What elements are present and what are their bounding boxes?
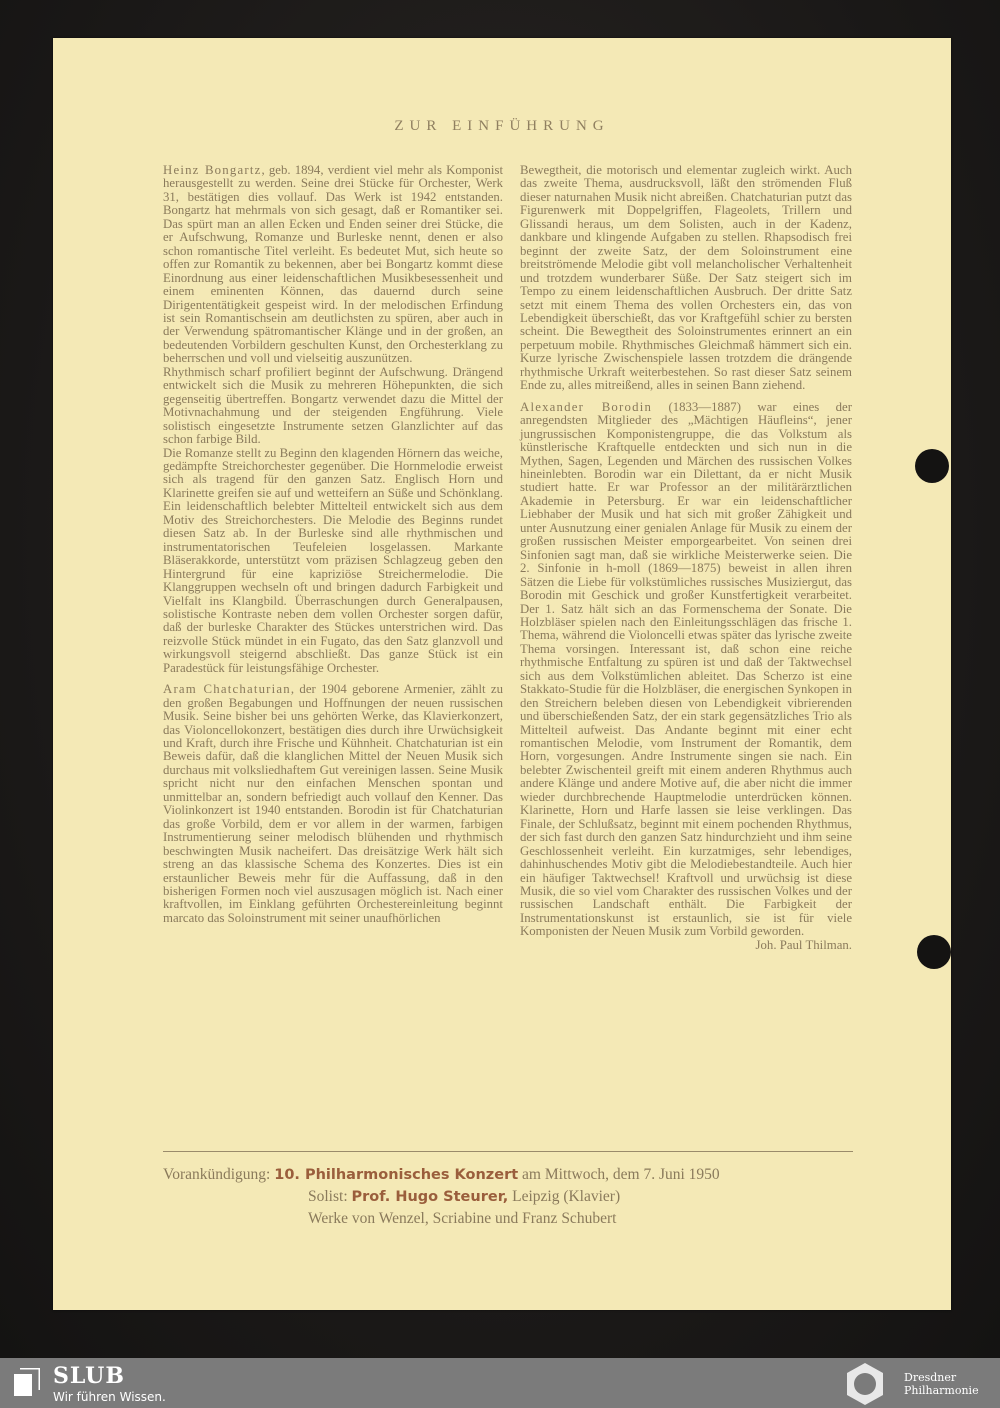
philharmonie-brand-line2: Philharmonie	[904, 1384, 979, 1397]
paragraph-lead: Alexander Borodin	[520, 400, 652, 414]
paragraph-text: Rhythmisch scharf profiliert beginnt der…	[163, 365, 503, 446]
slub-brand: SLUB	[53, 1363, 125, 1389]
paragraph: Die Romanze stellt zu Beginn den klagend…	[163, 447, 503, 676]
paragraph-text: , der 1904 geborene Armenier, zählt zu d…	[163, 682, 503, 925]
paragraph-text: , geb. 1894, verdient viel mehr als Komp…	[163, 163, 503, 365]
footer-bar: SLUB Wir führen Wissen. Dresdner Philhar…	[0, 1358, 1000, 1408]
divider	[163, 1151, 853, 1152]
announcement-line-2: Solist: Prof. Hugo Steurer, Leipzig (Kla…	[163, 1186, 863, 1208]
soloist-name: Prof. Hugo Steurer,	[352, 1189, 509, 1205]
paragraph-text: (1833—1887) war eines der anregendsten M…	[520, 400, 852, 939]
left-column: Heinz Bongartz, geb. 1894, verdient viel…	[163, 164, 503, 925]
paragraph: Aram Chatchaturian, der 1904 geborene Ar…	[163, 683, 503, 925]
soloist-label: Solist:	[308, 1188, 348, 1205]
punch-hole	[915, 449, 949, 483]
page-title: ZUR EINFÜHRUNG	[53, 118, 951, 135]
paragraph-text: Die Romanze stellt zu Beginn den klagend…	[163, 446, 503, 675]
paragraph-lead: Aram Chatchaturian	[163, 682, 291, 696]
announcement-line-1: Vorankündigung: 10. Philharmonisches Kon…	[163, 1164, 863, 1186]
paragraph: Rhythmisch scharf profiliert beginnt der…	[163, 366, 503, 447]
author-signature: Joh. Paul Thilman.	[756, 939, 852, 952]
announcement-works: Werke von Wenzel, Scriabine und Franz Sc…	[163, 1208, 863, 1230]
concert-date: am Mittwoch, dem 7. Juni 1950	[522, 1166, 720, 1183]
philharmonie-sunburst-icon	[843, 1362, 887, 1406]
paragraph: Bewegtheit, die motorisch und elementar …	[520, 164, 852, 393]
soloist-info: Leipzig (Klavier)	[512, 1188, 620, 1205]
paragraph-lead: Heinz Bongartz	[163, 163, 261, 177]
document-page: ZUR EINFÜHRUNG Heinz Bongartz, geb. 1894…	[53, 38, 951, 1310]
philharmonie-brand: Dresdner Philharmonie	[904, 1371, 979, 1397]
right-column: Bewegtheit, die motorisch und elementar …	[520, 164, 852, 952]
punch-hole	[917, 935, 951, 969]
slub-logo-icon	[14, 1368, 40, 1396]
slub-tagline: Wir führen Wissen.	[53, 1390, 166, 1404]
paragraph-text: Bewegtheit, die motorisch und elementar …	[520, 163, 852, 392]
philharmonie-brand-line1: Dresdner	[904, 1371, 979, 1384]
announcement-label: Vorankündigung:	[163, 1166, 270, 1183]
announcement: Vorankündigung: 10. Philharmonisches Kon…	[163, 1164, 863, 1230]
concert-name: 10. Philharmonisches Konzert	[274, 1167, 518, 1183]
paragraph: Heinz Bongartz, geb. 1894, verdient viel…	[163, 164, 503, 366]
paragraph: Alexander Borodin (1833—1887) war eines …	[520, 401, 852, 939]
